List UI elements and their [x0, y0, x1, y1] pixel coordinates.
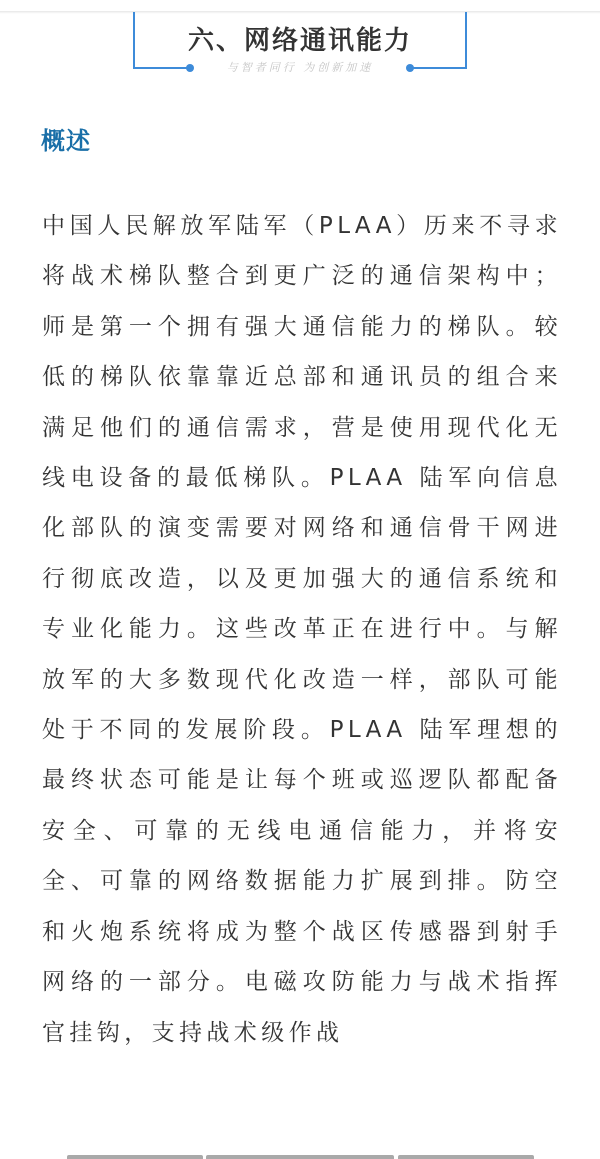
bottom-bar-1	[67, 1155, 203, 1159]
section-header-frame: 六、网络通讯能力 与智者同行 为创新加速	[133, 12, 467, 70]
overview-heading: 概述	[41, 121, 91, 156]
bottom-bar-2	[206, 1155, 394, 1159]
section-subtitle: 与智者同行 为创新加速	[133, 59, 467, 75]
overview-body-text: 中国人民解放军陆军（PLAA）历来不寻求将战术梯队整合到更广泛的通信架构中；师是…	[42, 201, 562, 1058]
bottom-bar-3	[398, 1155, 534, 1159]
bottom-bars	[0, 1155, 600, 1159]
section-title: 六、网络通讯能力	[133, 20, 467, 57]
